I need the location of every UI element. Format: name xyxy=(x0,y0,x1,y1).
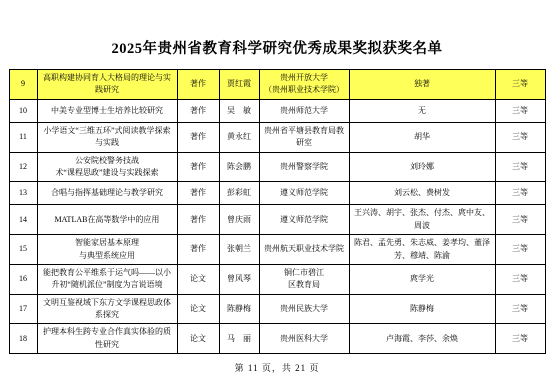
awards-table-body: 9高职构建协同育人大格局的理论与实践研究著作贾红霞贵州开放大学 （贵州职业技术学… xyxy=(9,70,545,354)
cell-form: 著作 xyxy=(177,99,219,122)
cell-grade: 三等 xyxy=(495,70,545,100)
cell-collab: 王兴涛、胡宇、张杰、付杰、庹中友、周波 xyxy=(349,205,495,235)
table-row: 16能把教育公平维系于运气吗——以小升初“随机派位”制度为言说语境论文曾风琴铜仁… xyxy=(9,264,545,294)
cell-form: 论文 xyxy=(177,294,219,324)
cell-no: 18 xyxy=(9,324,37,354)
cell-org: 遵义师范学院 xyxy=(259,182,349,205)
table-row: 15智能家居基本原理 与典型系统应用著作张朝兰贵州航天职业技术学院陈君、孟先勇、… xyxy=(9,235,545,265)
cell-collab: 陈君、孟先勇、朱志威、姜孝均、董泽芳、穆靖、陈渝 xyxy=(349,235,495,265)
cell-no: 14 xyxy=(9,205,37,235)
cell-form: 著作 xyxy=(177,235,219,265)
cell-author: 张朝兰 xyxy=(219,235,259,265)
cell-grade: 三等 xyxy=(495,182,545,205)
cell-no: 13 xyxy=(9,182,37,205)
cell-collab: 陈静梅 xyxy=(349,294,495,324)
awards-table: 9高职构建协同育人大格局的理论与实践研究著作贾红霞贵州开放大学 （贵州职业技术学… xyxy=(9,69,546,354)
document-page: 2025年贵州省教育科学研究优秀成果奖拟获奖名单 9高职构建协同育人大格局的理论… xyxy=(0,0,554,392)
cell-grade: 三等 xyxy=(495,99,545,122)
cell-name: 智能家居基本原理 与典型系统应用 xyxy=(37,235,177,265)
cell-author: 陈静梅 xyxy=(219,294,259,324)
cell-collab: 卢海霞、李莎、余焕 xyxy=(349,324,495,354)
cell-author: 彭彩虹 xyxy=(219,182,259,205)
cell-collab: 胡华 xyxy=(349,122,495,152)
cell-no: 10 xyxy=(9,99,37,122)
cell-form: 著作 xyxy=(177,70,219,100)
cell-collab: 刘云松、费树发 xyxy=(349,182,495,205)
cell-form: 论文 xyxy=(177,264,219,294)
page-title: 2025年贵州省教育科学研究优秀成果奖拟获奖名单 xyxy=(0,0,554,58)
cell-collab: 无 xyxy=(349,99,495,122)
cell-author: 陈会鹏 xyxy=(219,152,259,182)
table-row: 11小学语文“三维五环”式阅读教学探索与实践著作黄永红贵州省平塘县教育局教研室胡… xyxy=(9,122,545,152)
cell-grade: 三等 xyxy=(495,205,545,235)
cell-name: 能把教育公平维系于运气吗——以小升初“随机派位”制度为言说语境 xyxy=(37,264,177,294)
cell-collab: 独著 xyxy=(349,70,495,100)
cell-author: 贾红霞 xyxy=(219,70,259,100)
cell-org: 贵州民族大学 xyxy=(259,294,349,324)
cell-grade: 三等 xyxy=(495,235,545,265)
cell-name: 小学语文“三维五环”式阅读教学探索与实践 xyxy=(37,122,177,152)
cell-no: 12 xyxy=(9,152,37,182)
cell-author: 曾风琴 xyxy=(219,264,259,294)
cell-author: 黄永红 xyxy=(219,122,259,152)
cell-org: 贵州省平塘县教育局教研室 xyxy=(259,122,349,152)
cell-name: 高职构建协同育人大格局的理论与实践研究 xyxy=(37,70,177,100)
cell-grade: 三等 xyxy=(495,294,545,324)
cell-form: 论文 xyxy=(177,324,219,354)
cell-grade: 三等 xyxy=(495,122,545,152)
cell-grade: 三等 xyxy=(495,152,545,182)
page-footer: 第 11 页，共 21 页 xyxy=(0,361,554,374)
cell-name: MATLAB在高等数学中的应用 xyxy=(37,205,177,235)
cell-form: 著作 xyxy=(177,152,219,182)
cell-org: 铜仁市碧江 区教育局 xyxy=(259,264,349,294)
table-row: 13合唱与指挥基础理论与教学研究著作彭彩虹遵义师范学院刘云松、费树发三等 xyxy=(9,182,545,205)
cell-org: 贵州师范大学 xyxy=(259,99,349,122)
cell-org: 贵州开放大学 （贵州职业技术学院） xyxy=(259,70,349,100)
cell-form: 著作 xyxy=(177,122,219,152)
cell-name: 文明互鉴视域下东方文学课程思政体系探究 xyxy=(37,294,177,324)
table-row: 18护理本科生跨专业合作真实体验的质性研究论文马 丽贵州医科大学卢海霞、李莎、余… xyxy=(9,324,545,354)
cell-no: 9 xyxy=(9,70,37,100)
cell-author: 吴 敏 xyxy=(219,99,259,122)
cell-no: 16 xyxy=(9,264,37,294)
cell-grade: 三等 xyxy=(495,264,545,294)
cell-no: 17 xyxy=(9,294,37,324)
cell-no: 11 xyxy=(9,122,37,152)
cell-org: 遵义师范学院 xyxy=(259,205,349,235)
cell-org: 贵州医科大学 xyxy=(259,324,349,354)
cell-name: 合唱与指挥基础理论与教学研究 xyxy=(37,182,177,205)
cell-org: 贵州警察学院 xyxy=(259,152,349,182)
cell-name: 公安院校警务技战 术“课程思政”建设与实践探索 xyxy=(37,152,177,182)
table-row: 17文明互鉴视域下东方文学课程思政体系探究论文陈静梅贵州民族大学陈静梅三等 xyxy=(9,294,545,324)
cell-author: 曾庆雨 xyxy=(219,205,259,235)
cell-form: 著作 xyxy=(177,182,219,205)
cell-grade: 三等 xyxy=(495,324,545,354)
cell-author: 马 丽 xyxy=(219,324,259,354)
table-row: 14MATLAB在高等数学中的应用著作曾庆雨遵义师范学院王兴涛、胡宇、张杰、付杰… xyxy=(9,205,545,235)
cell-org: 贵州航天职业技术学院 xyxy=(259,235,349,265)
table-row: 12公安院校警务技战 术“课程思政”建设与实践探索著作陈会鹏贵州警察学院刘玲娜三… xyxy=(9,152,545,182)
cell-name: 中美专业型博士生培养比较研究 xyxy=(37,99,177,122)
cell-collab: 刘玲娜 xyxy=(349,152,495,182)
table-row: 10中美专业型博士生培养比较研究著作吴 敏贵州师范大学无三等 xyxy=(9,99,545,122)
cell-form: 著作 xyxy=(177,205,219,235)
cell-name: 护理本科生跨专业合作真实体验的质性研究 xyxy=(37,324,177,354)
cell-collab: 庹学光 xyxy=(349,264,495,294)
table-row: 9高职构建协同育人大格局的理论与实践研究著作贾红霞贵州开放大学 （贵州职业技术学… xyxy=(9,70,545,100)
cell-no: 15 xyxy=(9,235,37,265)
